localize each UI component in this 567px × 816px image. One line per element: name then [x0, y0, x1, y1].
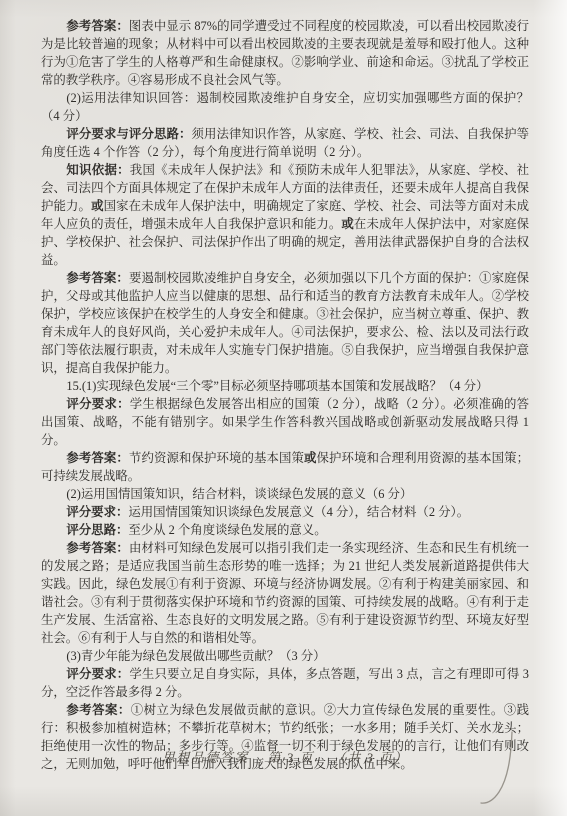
paragraph: 评分要求：学生只要立足自身实际，具体，多点答题，写出 3 点，言之有理即可得 3…	[41, 665, 529, 701]
footer-page-number: 第 3 页	[267, 750, 314, 765]
paragraph: (2)运用国情国策知识，结合材料，谈谈绿色发展的意义（6 分）	[41, 485, 529, 503]
paragraph: (3)青少年能为绿色发展做出哪些贡献？（3 分）	[41, 647, 529, 665]
paragraph: 知识依据：我国《未成年人保护法》和《预防未成年人犯罪法》，从家庭、学校、社会、司…	[41, 161, 529, 269]
paragraph: 参考答案：节约资源和保护环境的基本国策或保护环境和合理利用资源的基本国策；可持续…	[41, 449, 529, 485]
paragraph: 评分思路：至少从 2 个角度谈绿色发展的意义。	[41, 521, 529, 539]
footer-page-total: （共 3 页）	[333, 750, 409, 765]
paragraph: 评分要求：运用国情国策知识谈绿色发展意义（4 分），结合材料（2 分）。	[41, 503, 529, 521]
scanned-answer-sheet-page: 参考答案：图表中显示 87%的同学遭受过不同程度的校园欺凌，可以看出校园欺凌行为…	[0, 0, 567, 816]
paragraph: 参考答案：图表中显示 87%的同学遭受过不同程度的校园欺凌，可以看出校园欺凌行为…	[41, 17, 529, 89]
document-body: 参考答案：图表中显示 87%的同学遭受过不同程度的校园欺凌，可以看出校园欺凌行为…	[41, 17, 529, 773]
paragraph: 评分要求：学生根据绿色发展答出相应的国策（2 分），战略（2 分）。必须准确的答…	[41, 395, 529, 449]
paragraph: 评分要求与评分思路：须用法律知识作答，从家庭、学校、社会、司法、自我保护等角度任…	[41, 125, 529, 161]
paragraph: 15.(1)实现绿色发展“三个零”目标必须坚持哪项基本国策和发展战略？（4 分）	[41, 377, 529, 395]
paragraph: 参考答案：由材料可知绿色发展可以指引我们走一条实现经济、生态和民生有机统一的发展…	[41, 539, 529, 647]
paragraph: 参考答案：要遏制校园欺凌维护自身安全，必须加强以下几个方面的保护：①家庭保护，父…	[41, 269, 529, 377]
footer-doc-title: 思想品德答案	[162, 750, 249, 765]
page-footer: 思想品德答案 第 3 页 （共 3 页）	[41, 747, 529, 766]
paragraph: (2)运用法律知识回答：遏制校园欺凌维护自身安全，应切实加强哪些方面的保护？（4…	[41, 89, 529, 125]
